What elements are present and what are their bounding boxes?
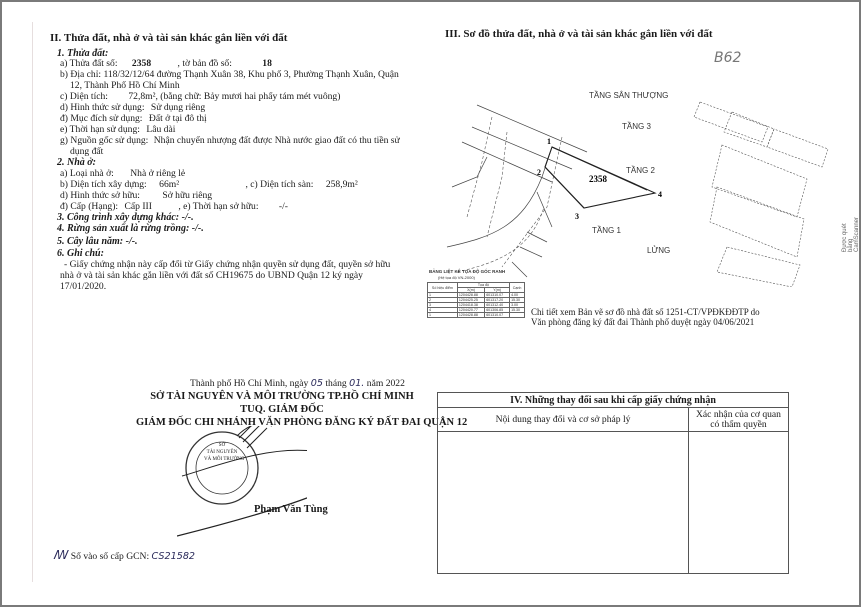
signatory-role-1: TUQ. GIÁM ĐỐC	[122, 404, 442, 415]
parcel-number-label: a) Thửa đất số:	[60, 58, 118, 69]
scanner-watermark: Được quét bằng CamScanner	[842, 217, 860, 252]
origin-value-line2: dụng đất	[70, 146, 103, 157]
coord-edge	[510, 313, 525, 318]
date-month: 01.	[349, 378, 364, 389]
table-row	[438, 432, 789, 574]
coord-x: 1204428.88	[457, 313, 484, 318]
registry-label: Số vào sổ cấp GCN:	[71, 551, 149, 562]
ownership-term-label: , e) Thời hạn sở hữu:	[178, 201, 258, 212]
other-construction: 3. Công trình xây dựng khác: -/-.	[57, 212, 194, 223]
year-label: năm	[367, 378, 384, 389]
stamp-line-1: SỞ	[204, 442, 240, 449]
land-purpose-row: đ) Mục đích sử dụng: Đất ở tại đô thị	[60, 113, 207, 124]
parcel-number-value: 2358	[132, 58, 151, 69]
term-value: Lâu dài	[146, 124, 175, 135]
changes-table: IV. Những thay đổi sau khi cấp giấy chứn…	[437, 392, 789, 574]
changes-col-confirmation: Xác nhận của cơ quan có thẩm quyền	[689, 408, 789, 432]
date-year: 2022	[386, 378, 405, 389]
house-type-label: a) Loại nhà ở:	[60, 168, 114, 179]
use-form-value: Sử dụng riêng	[151, 102, 205, 113]
area-value: 72,8m², (bằng chữ: Bảy mươi hai phẩy tám…	[128, 91, 340, 102]
production-forest: 4. Rừng sản xuất là rừng trồng: -/-.	[57, 223, 204, 234]
changes-confirmation-cell	[689, 432, 789, 574]
issuing-organization: SỞ TÀI NGUYÊN VÀ MÔI TRƯỜNG TP.HỒ CHÍ MI…	[122, 391, 442, 402]
origin-value-line1: Nhận chuyển nhượng đất được Nhà nước gia…	[154, 135, 400, 146]
ownership-label: d) Hình thức sở hữu:	[60, 190, 140, 201]
initials-signature-icon: ꟿ	[54, 548, 68, 562]
stamp-line-2: TÀI NGUYÊN	[204, 449, 240, 456]
table-row: 1 1204428.88 601310.07	[428, 313, 525, 318]
corner-point-4: 4	[658, 190, 662, 199]
registry-number-row: ꟿ Số vào sổ cấp GCN: CS21582	[54, 550, 195, 562]
notes-line2: nhà ở và tài sản khác gắn liền với đất s…	[60, 270, 363, 281]
coord-header-edge: Cạnh	[510, 283, 525, 293]
ownership-value: Sở hữu riêng	[162, 190, 212, 201]
term-label: e) Thời hạn sử dụng:	[60, 124, 140, 135]
use-form-label: d) Hình thức sử dụng:	[60, 102, 144, 113]
parcel-number-label: 2358	[589, 174, 608, 184]
notes-line3: 17/01/2020.	[60, 281, 106, 292]
stamp-line-3: VÀ MÔI TRƯỜNG	[204, 456, 240, 463]
changes-content-cell	[438, 432, 689, 574]
date-prefix: Thành phố Hồ Chí Minh, ngày	[190, 378, 308, 389]
land-parcel-number-row: a) Thửa đất số: 2358 , tờ bản đồ số: 18	[60, 58, 272, 69]
floor-area-label: , c) Diện tích sàn:	[245, 179, 313, 190]
corner-point-3: 3	[575, 212, 579, 221]
house-heading: 2. Nhà ở:	[57, 157, 96, 168]
date-day: 05	[311, 378, 323, 389]
house-grade-row: đ) Cấp (Hạng): Cấp III , e) Thời hạn sở …	[60, 201, 288, 212]
section-iii-title: III. Sơ đồ thửa đất, nhà ở và tài sản kh…	[445, 28, 713, 40]
coord-table-title: BẢNG LIỆT KÊ TỌA ĐỘ GÓC RANH	[429, 269, 505, 274]
house-ownership-row: d) Hình thức sở hữu: Sở hữu riêng	[60, 190, 212, 201]
coordinates-table: Số hiệu điểm Tọa độ Cạnh X(m) Y(m) 1 120…	[427, 282, 525, 318]
build-area-label: b) Diện tích xây dựng:	[60, 179, 147, 190]
map-sheet-label: , tờ bản đồ số:	[178, 58, 232, 69]
land-origin-row: g) Nguồn gốc sử dụng: Nhận chuyển nhượng…	[60, 135, 400, 146]
corner-point-1: 1	[547, 137, 551, 146]
scan-artifact-line	[32, 22, 33, 582]
registry-value: CS21582	[152, 551, 196, 562]
detail-note-line2: Văn phòng đăng ký đất đai Thành phố duyệ…	[531, 317, 754, 328]
address-value-line2: 12, Thành Phố Hồ Chí Minh	[70, 80, 180, 91]
scanned-certificate-page: II. Thửa đất, nhà ở và tài sản khác gắn …	[0, 0, 861, 607]
land-use-form-row: d) Hình thức sử dụng: Sử dụng riêng	[60, 102, 205, 113]
land-area-row: c) Diện tích: 72,8m², (bằng chữ: Bảy mươ…	[60, 91, 340, 102]
coord-table-subtitle: (Hệ tọa độ VN-2000)	[438, 275, 475, 280]
coord-y: 601310.07	[485, 313, 510, 318]
notes-heading: 6. Ghi chú:	[57, 248, 104, 259]
col-confirmation-line1: Xác nhận của cơ quan	[690, 410, 787, 420]
purpose-label: đ) Mục đích sử dụng:	[60, 113, 142, 124]
grade-value: Cấp III	[124, 201, 151, 212]
origin-label: g) Nguồn gốc sử dụng:	[60, 135, 148, 146]
coord-header-point: Số hiệu điểm	[428, 283, 458, 293]
address-label: b) Địa chỉ:	[60, 69, 101, 80]
purpose-value: Đất ở tại đô thị	[149, 113, 207, 124]
corner-point-2: 2	[537, 168, 541, 177]
area-label: c) Diện tích:	[60, 91, 108, 102]
floor-area-value: 258,9m²	[326, 179, 358, 190]
address-value-line1: 118/32/12/64 đường Thạnh Xuân 38, Khu ph…	[103, 69, 398, 80]
col-confirmation-line2: có thẩm quyền	[690, 420, 787, 430]
land-term-row: e) Thời hạn sử dụng: Lâu dài	[60, 124, 175, 135]
perennial-trees: 5. Cây lâu năm: -/-.	[57, 236, 138, 247]
house-area-row: b) Diện tích xây dựng: 66m² , c) Diện tí…	[60, 179, 358, 190]
month-label: tháng	[325, 378, 346, 389]
section-ii-title: II. Thửa đất, nhà ở và tài sản khác gắn …	[50, 32, 287, 44]
house-type-row: a) Loại nhà ở: Nhà ở riêng lẻ	[60, 168, 185, 179]
section-iv-title: IV. Những thay đổi sau khi cấp giấy chứn…	[438, 393, 789, 408]
handwritten-mark: B62	[714, 50, 741, 66]
land-address-row: b) Địa chỉ: 118/32/12/64 đường Thạnh Xuâ…	[60, 69, 399, 80]
issue-date: Thành phố Hồ Chí Minh, ngày 05 tháng 01.…	[190, 378, 405, 389]
house-type-value: Nhà ở riêng lẻ	[130, 168, 185, 179]
changes-col-content: Nội dung thay đổi và cơ sở pháp lý	[438, 408, 689, 432]
map-sheet-value: 18	[262, 58, 272, 69]
ownership-term-value: -/-	[279, 201, 288, 212]
notes-line1: - Giấy chứng nhận này cấp đổi từ Giấy ch…	[64, 259, 390, 270]
grade-label: đ) Cấp (Hạng):	[60, 201, 118, 212]
official-stamp-icon	[177, 426, 307, 546]
signer-name: Phạm Văn Tùng	[254, 504, 328, 515]
site-plan-diagram: 1 2 3 4 2358	[432, 97, 852, 287]
stamp-text: SỞ TÀI NGUYÊN VÀ MÔI TRƯỜNG	[204, 442, 240, 463]
coord-point: 1	[428, 313, 458, 318]
build-area-value: 66m²	[159, 179, 179, 190]
